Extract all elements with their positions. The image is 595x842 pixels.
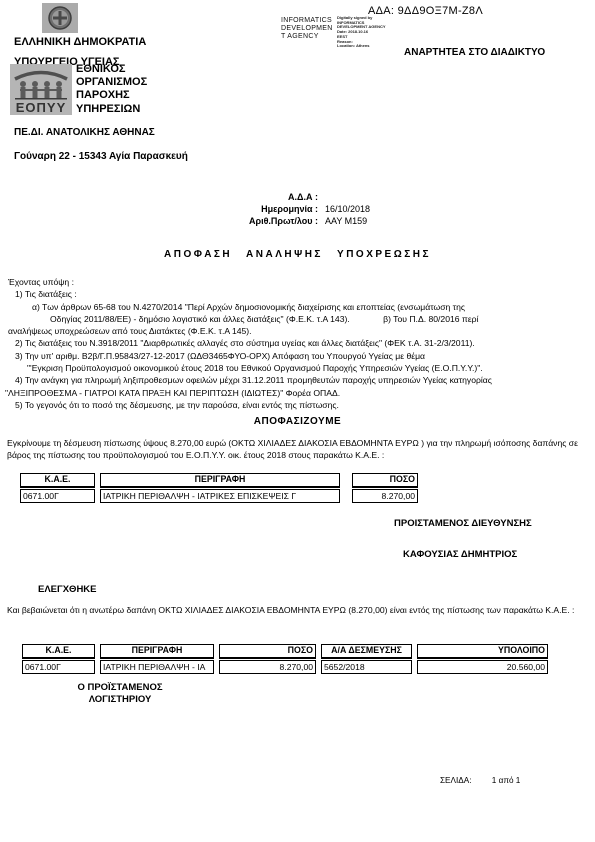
protocol-value: ΑΑΥ Μ159	[325, 216, 367, 226]
meta-block: Α.Δ.Α : Ημερομηνία :16/10/2018 Αριθ.Πρωτ…	[150, 191, 370, 228]
meta-row-date: Ημερομηνία :16/10/2018	[150, 203, 370, 215]
eopyy-logo-text: ΕΟΠΥΥ	[16, 100, 67, 115]
decision-paragraph: Εγκρίνουμε τη δέσμευση πίστωσης ύψους 8.…	[7, 437, 590, 462]
table2-header-commitment-number: Α/Α ΔΕΣΜΕΥΣΗΣ	[321, 644, 412, 659]
document-title: ΑΠΟΦΑΣΗ ΑΝΑΛΗΨΗΣ ΥΠΟΧΡΕΩΣΗΣ	[0, 249, 595, 260]
meta-row-protocol: Αριθ.Πρωτ/λου :ΑΑΥ Μ159	[150, 215, 370, 227]
consideration-line: Οδηγίας 2011/88/ΕΕ) - δημόσιο λογιστικό …	[0, 313, 595, 325]
table2-cell-balance: 20.560,00	[417, 660, 548, 674]
republic-title: ΕΛΛΗΝΙΚΗ ΔΗΜΟΚΡΑΤΙΑ	[14, 36, 146, 48]
ada-label: Α.Δ.Α :	[150, 191, 318, 203]
table2-cell-commitment-number: 5652/2018	[321, 660, 412, 674]
page-label: ΣΕΛΙΔΑ:	[440, 776, 471, 785]
table2-header-kae: Κ.Α.Ε.	[22, 644, 95, 659]
table1-header-kae: Κ.Α.Ε.	[20, 473, 95, 488]
table1-header-amount: ΠΟΣΟ	[352, 473, 418, 488]
protocol-label: Αριθ.Πρωτ/λου :	[150, 215, 318, 227]
table1-cell-kae: 0671.00Γ	[20, 489, 95, 503]
consideration-line: 1) Τις διατάξεις :	[0, 288, 595, 300]
signature-stamp-agency: INFORMATICS DEVELOPMEN T AGENCY	[281, 17, 333, 41]
consideration-line: 4) Την ανάγκη για πληρωμή ληξιπροθεσμων …	[0, 374, 595, 386]
checked-heading: ΕΛΕΓΧΘΗΚΕ	[38, 584, 97, 595]
table2-header-balance: ΥΠΟΛΟΙΠΟ	[417, 644, 548, 659]
table1-cell-description: ΙΑΤΡΙΚΗ ΠΕΡΙΘΑΛΨΗ - ΙΑΤΡΙΚΕΣ ΕΠΙΣΚΕΨΕΙΣ …	[100, 489, 340, 503]
table2-cell-amount: 8.270,00	[219, 660, 316, 674]
consideration-line: 5) Το γεγονός ότι το ποσό της δέσμευσης,…	[0, 399, 595, 411]
checked-paragraph: Και βεβαιώνεται ότι η ανωτέρω δαπάνη ΟΚΤ…	[7, 604, 590, 616]
eopyy-logo-icon: ΕΟΠΥΥ	[10, 64, 72, 120]
document-page: ΕΛΛΗΝΙΚΗ ΔΗΜΟΚΡΑΤΙΑ ΥΠΟΥΡΓΕΙΟ ΥΓΕΙΑΣ ΕΟΠ…	[0, 0, 595, 842]
table2-header-description: ΠΕΡΙΓΡΑΦΗ	[100, 644, 214, 659]
table1-header-description: ΠΕΡΙΓΡΑΦΗ	[100, 473, 340, 488]
consideration-line: "ΛΗΞΙΠΡΟΘΕΣΜΑ - ΓΙΑΤΡΟΙ ΚΑΤΑ ΠΡΑΞΗ ΚΑΙ Π…	[0, 387, 595, 399]
page-footer: ΣΕΛΙΔΑ: 1 από 1	[440, 776, 520, 785]
signature-stamp-details: Digitally signed by INFORMATICS DEVELOPM…	[337, 16, 386, 49]
decision-heading: ΑΠΟΦΑΣΙΖΟΥΜΕ	[0, 416, 595, 427]
consideration-line: α) Των άρθρων 65-68 του Ν.4270/2014 "Περ…	[0, 301, 595, 313]
considerations-block: Έχοντας υπόψη : 1) Τις διατάξεις : α) Τω…	[0, 276, 595, 411]
page-number: 1 από 1	[492, 776, 521, 785]
organization-name: ΕΘΝΙΚΟΣ ΟΡΓΑΝΙΣΜΟΣ ΠΑΡΟΧΗΣ ΥΠΗΡΕΣΙΩΝ	[76, 63, 147, 116]
director-name: ΚΑΦΟΥΣΙΑΣ ΔΗΜΗΤΡΙΟΣ	[403, 549, 517, 560]
date-value: 16/10/2018	[325, 204, 370, 214]
meta-row-ada: Α.Δ.Α :	[150, 191, 370, 203]
table2-header-amount: ΠΟΣΟ	[219, 644, 316, 659]
web-posting-note: ΑΝΑΡΤΗΤΕΑ ΣΤΟ ΔΙΑΔΙΚΤΥΟ	[404, 47, 545, 58]
date-label: Ημερομηνία :	[150, 203, 318, 215]
consideration-line: αναλήψεως υποχρεώσεων από τους Διατάκτες…	[0, 325, 595, 337]
address-line: Γούναρη 22 - 15343 Αγία Παρασκευή	[14, 151, 188, 162]
table2-cell-description: ΙΑΤΡΙΚΗ ΠΕΡΙΘΑΛΨΗ - ΙΑ	[100, 660, 214, 674]
director-title: ΠΡΟΙΣΤΑΜΕΝΟΣ ΔΙΕΥΘΥΝΣΗΣ	[394, 518, 532, 529]
consideration-line: 2) Τις διατάξεις του Ν.3918/2011 "Διαρθρ…	[0, 337, 595, 349]
table2-cell-kae: 0671.00Γ	[22, 660, 95, 674]
department-title: ΠΕ.ΔΙ. ΑΝΑΤΟΛΙΚΗΣ ΑΘΗΝΑΣ	[14, 127, 155, 138]
consideration-line: 3) Την υπ' αριθμ. Β2β/Γ.Π.95843/27-12-20…	[0, 350, 595, 362]
consideration-line: "'Εγκριση Προϋπολογισμού οικονομικού έτο…	[0, 362, 595, 374]
accountant-title: Ο ΠΡΟΪΣΤΑΜΕΝΟΣ ΛΟΓΙΣΤΗΡΙΟΥ	[55, 682, 185, 706]
consideration-line: Έχοντας υπόψη :	[0, 276, 595, 288]
table1-cell-amount: 8.270,00	[352, 489, 418, 503]
greek-coat-of-arms-icon	[42, 3, 78, 38]
